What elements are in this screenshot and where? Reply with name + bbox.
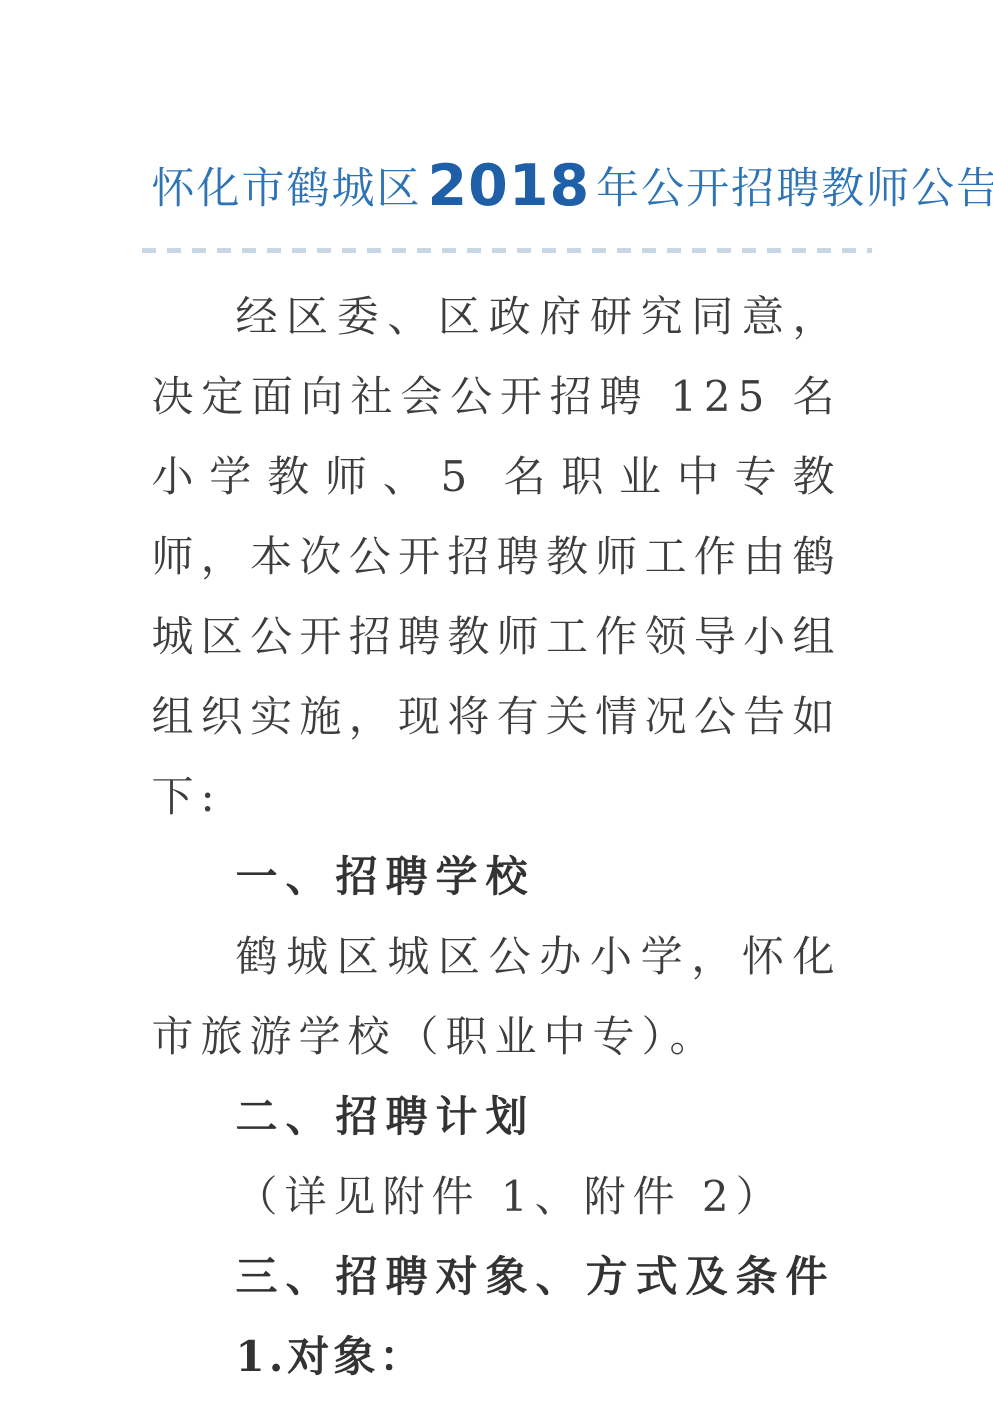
document-content: 怀化市鹤城区2018年公开招聘教师公告 经区委、区政府研究同意，决定面向社会公开… bbox=[152, 0, 842, 1397]
title-part2: 年公开招聘教师公告 bbox=[596, 164, 993, 214]
page-title: 怀化市鹤城区2018年公开招聘教师公告 bbox=[152, 156, 842, 222]
title-year: 2018 bbox=[422, 153, 597, 219]
section-3-item-1: 1.对象： bbox=[152, 1317, 842, 1397]
dashed-divider bbox=[142, 248, 872, 253]
section-1-heading: 一、招聘学校 bbox=[152, 837, 842, 917]
intro-paragraph: 经区委、区政府研究同意，决定面向社会公开招聘 125 名小学教师、5 名职业中专… bbox=[152, 277, 842, 837]
document-page: 怀化市鹤城区2018年公开招聘教师公告 经区委、区政府研究同意，决定面向社会公开… bbox=[0, 0, 993, 1404]
title-part1: 怀化市鹤城区 bbox=[152, 164, 422, 214]
section-1-body: 鹤城区城区公办小学，怀化市旅游学校（职业中专）。 bbox=[152, 917, 842, 1077]
section-2-body: （详见附件 1、附件 2） bbox=[152, 1157, 842, 1237]
section-3-heading: 三、招聘对象、方式及条件 bbox=[152, 1237, 842, 1317]
section-2-heading: 二、招聘计划 bbox=[152, 1077, 842, 1157]
